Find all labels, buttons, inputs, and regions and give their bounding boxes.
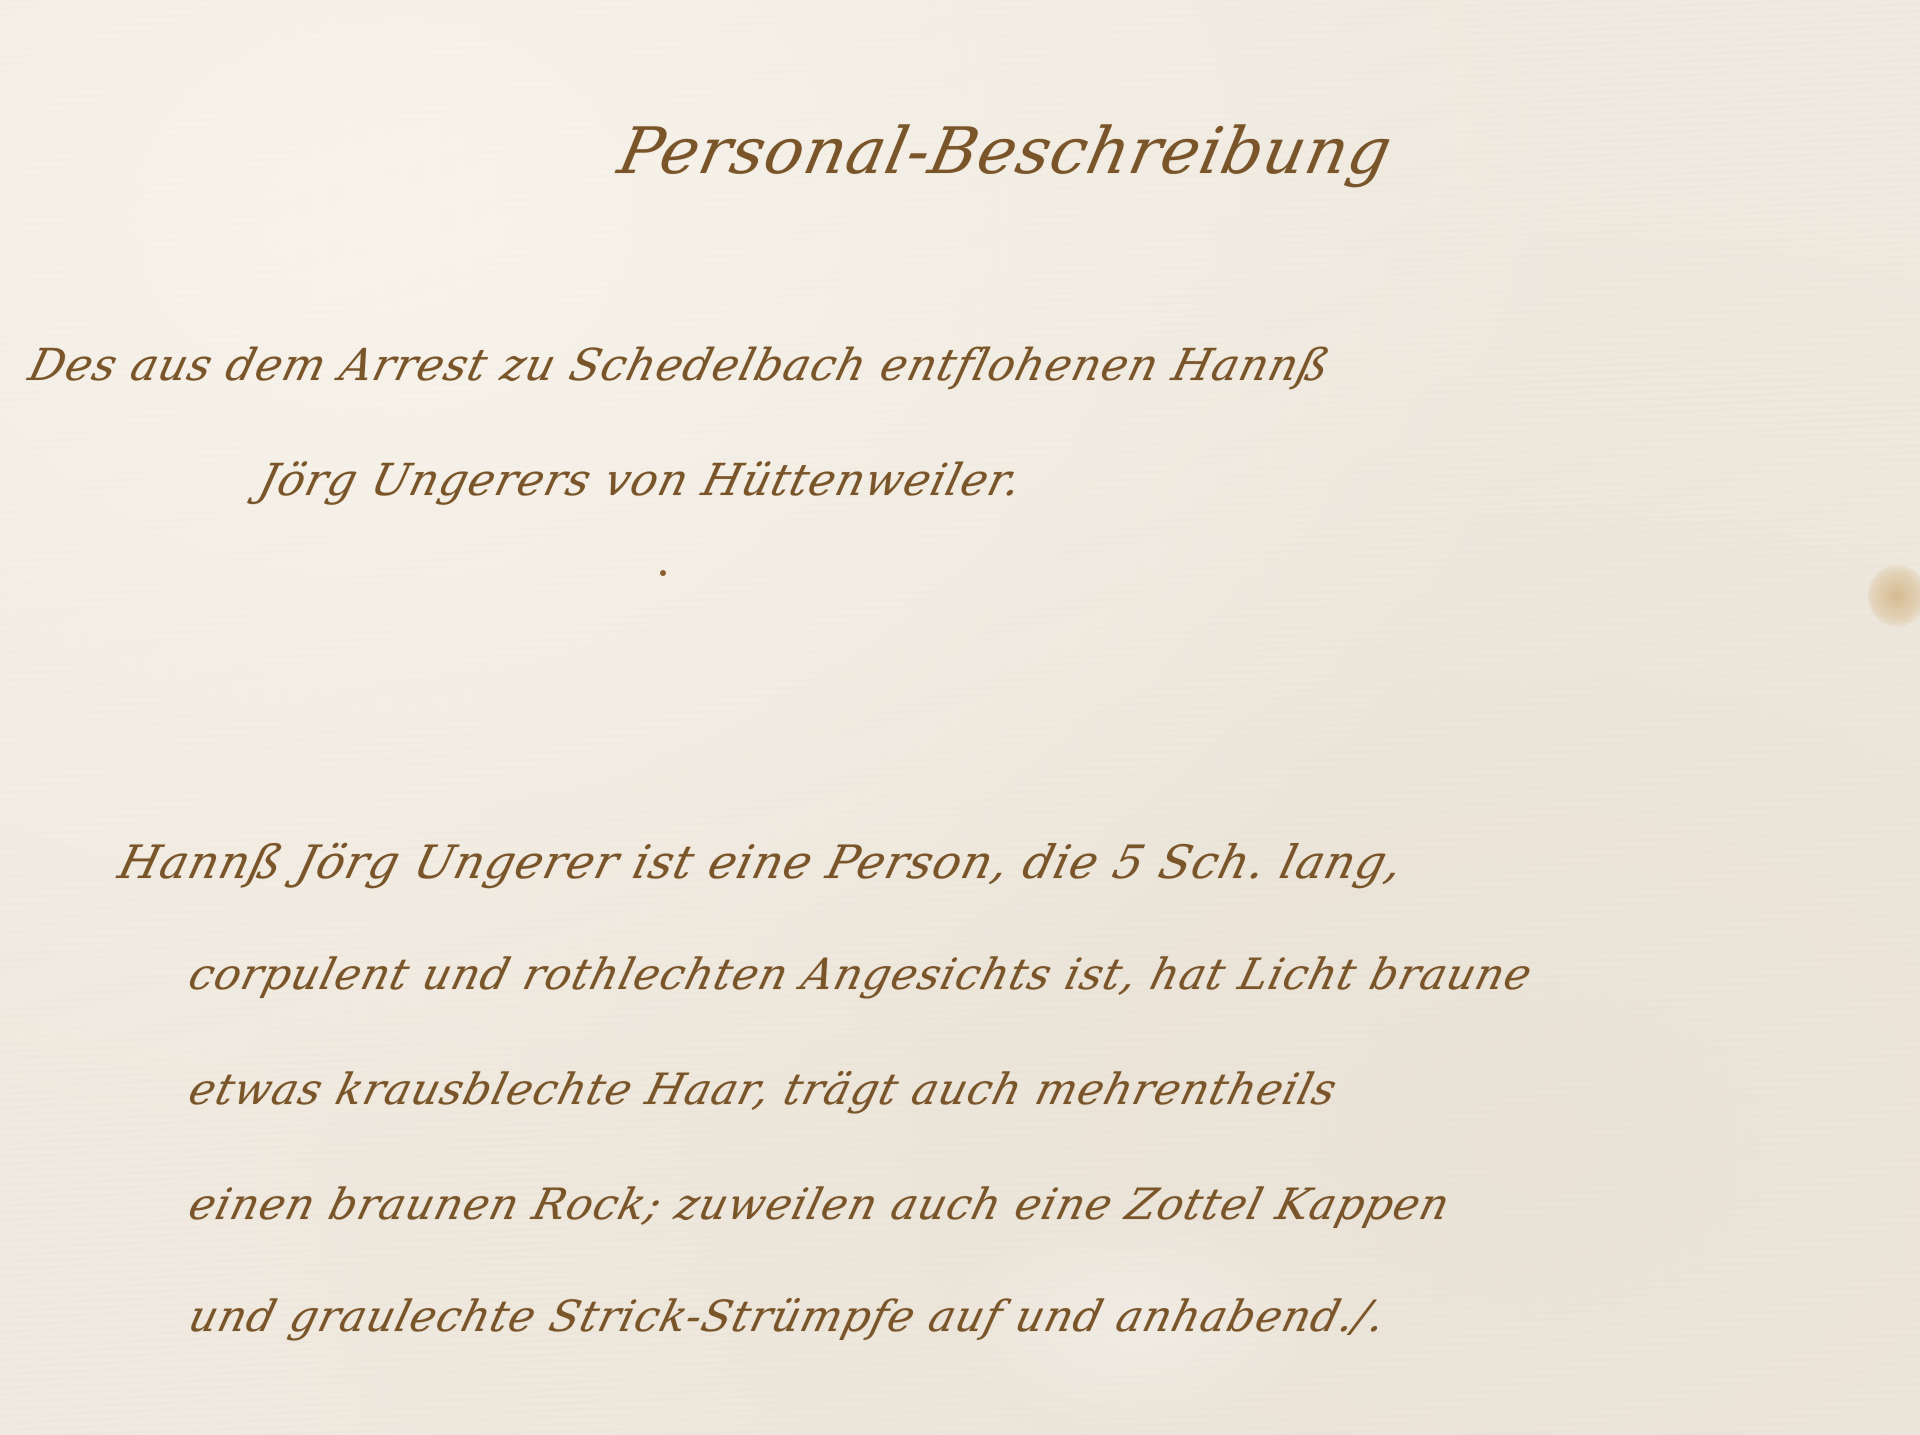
body-line-3: etwas krausblechte Haar, trägt auch mehr… [184,1065,1343,1115]
manuscript-page: Personal-Beschreibung Des aus dem Arrest… [0,0,1920,1435]
body-line-4: einen braunen Rock; zuweilen auch eine Z… [184,1180,1455,1230]
ink-dot [660,570,666,576]
subtitle-line-2: Jörg Ungerers von Hüttenweiler. [254,455,1028,506]
body-line-1: Hannß Jörg Ungerer ist eine Person, die … [113,835,1409,889]
subtitle-line-1: Des aus dem Arrest zu Schedelbach entflo… [24,340,1336,391]
document-title: Personal-Beschreibung [612,115,1398,189]
body-line-5: und graulechte Strick-Strümpfe auf und a… [184,1292,1391,1342]
body-line-2: corpulent und rothlechten Angesichts ist… [184,950,1538,1000]
paper-stain [1868,565,1920,627]
